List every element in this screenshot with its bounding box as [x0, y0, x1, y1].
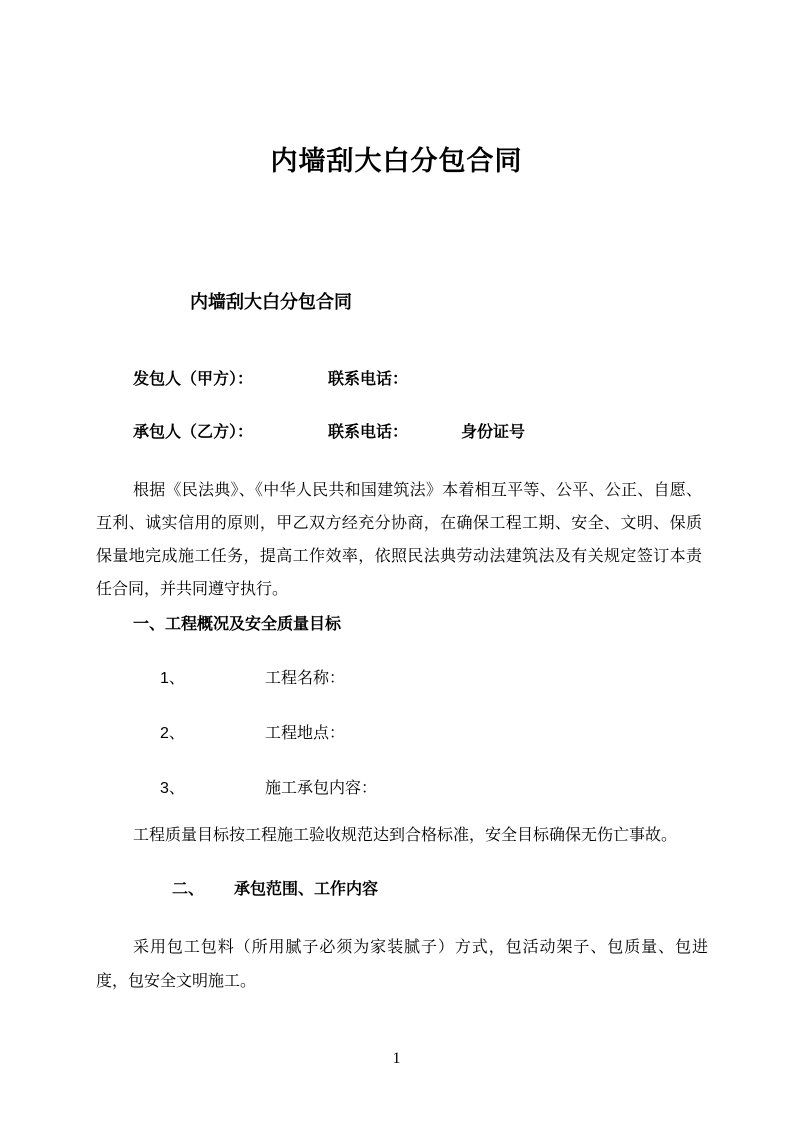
item-1-label: 工程名称： [265, 670, 345, 687]
party-a-phone-label: 联系电话： [328, 366, 408, 389]
section-2-title: 承包范围、工作内容 [234, 876, 378, 899]
section-1-heading: 一、工程概况及安全质量目标 [133, 611, 341, 634]
party-b-phone-label: 联系电话： [328, 419, 408, 442]
list-item-contract-scope: 3、施工承包内容： [160, 775, 377, 798]
section-1-number: 一、 [133, 611, 165, 634]
party-a-name-label: 发包人（甲方）： [133, 371, 253, 388]
list-item-project-location: 2、工程地点： [160, 720, 345, 743]
section-1-note-paragraph: 工程质量目标按工程施工验收规范达到合格标准，安全目标确保无伤亡事故。 [96, 824, 706, 848]
document-title: 内墙刮大白分包合同 [0, 139, 793, 178]
item-2-number: 2、 [160, 720, 265, 743]
section-2-heading: 二、承包范围、工作内容 [172, 876, 378, 899]
list-item-project-name: 1、工程名称： [160, 665, 345, 688]
item-3-label: 施工承包内容： [265, 780, 377, 797]
party-a-line: 发包人（甲方）：联系电话： [133, 366, 408, 389]
section-2-number: 二、 [172, 881, 204, 898]
preamble-paragraph: 根据《民法典》、《中华人民共和国建筑法》本着相互平等、公平、公正、自愿、互利、诚… [96, 474, 702, 606]
party-b-line: 承包人（乙方）：联系电话：身份证号 [133, 419, 525, 442]
party-b-id-label: 身份证号 [461, 419, 525, 442]
party-b-name-label: 承包人（乙方）： [133, 424, 253, 441]
item-3-number: 3、 [160, 775, 265, 798]
contract-document-page: 内墙刮大白分包合同 内墙刮大白分包合同 发包人（甲方）：联系电话： 承包人（乙方… [0, 0, 793, 1122]
section-2-body-paragraph: 采用包工包料（所用腻子必须为家装腻子）方式，包活动架子、包质量、包进度，包安全文… [96, 931, 708, 999]
section-1-title: 工程概况及安全质量目标 [165, 616, 341, 633]
item-2-label: 工程地点： [265, 725, 345, 742]
item-1-number: 1、 [160, 665, 265, 688]
document-subtitle: 内墙刮大白分包合同 [190, 288, 352, 314]
page-number: 1 [0, 1050, 793, 1068]
